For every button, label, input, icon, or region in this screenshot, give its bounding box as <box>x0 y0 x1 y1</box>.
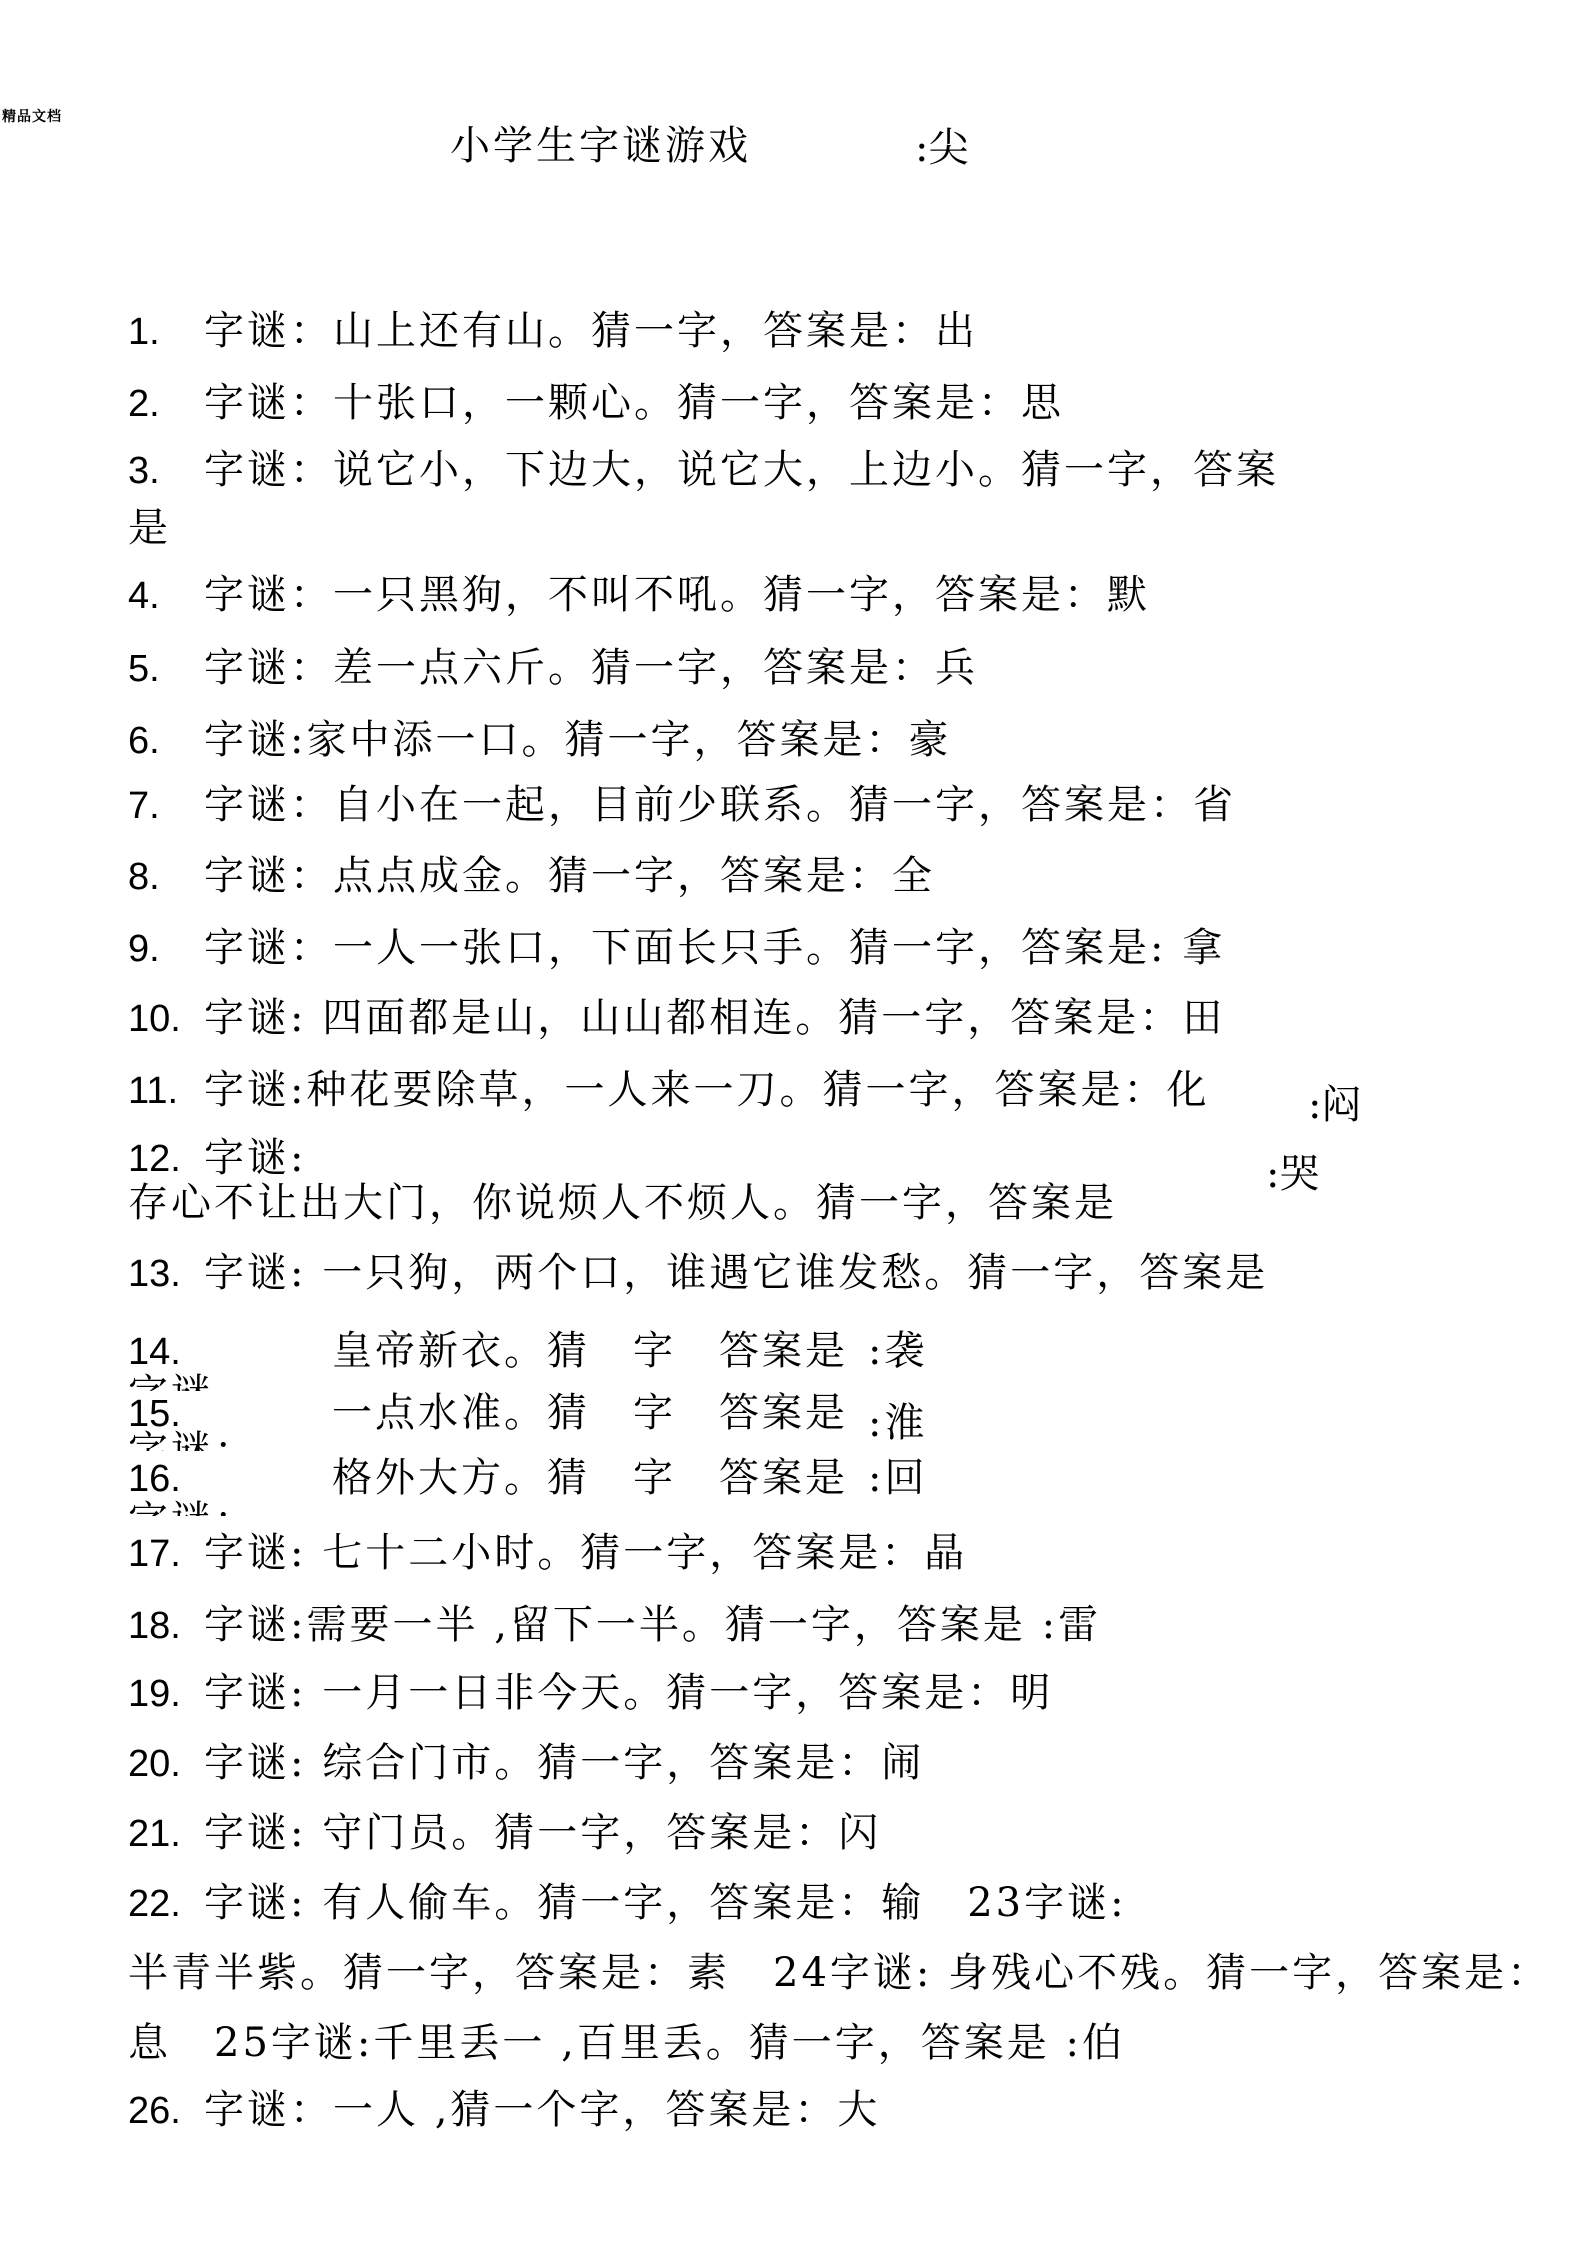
riddle-item-10: 10.字谜: 四面都是山，山山都相连。猜一字，答案是：田 <box>128 995 1225 1041</box>
riddle-item-18: 18.字谜:需要一半 ,留下一半。猜一字，答案是 :雷 <box>128 1602 1101 1648</box>
riddle-item-1: 1.字谜：山上还有山。猜一字，答案是：出 <box>128 308 978 354</box>
riddle-item-3: 3.字谜：说它小，下边大，说它大，上边小。猜一字，答案 <box>128 447 1279 493</box>
riddle-item-19: 19.字谜: 一月一日非今天。猜一字，答案是：明 <box>128 1670 1053 1716</box>
riddle-item-6: 6.字谜:家中添一口。猜一字，答案是：豪 <box>128 717 951 763</box>
riddle-item-20: 20.字谜: 综合门市。猜一字，答案是：闹 <box>128 1740 924 1786</box>
item-number: 8. <box>128 854 204 900</box>
item-text: 皇帝新衣。猜 字 答案是 <box>332 1328 848 1374</box>
item-answer: :袭 <box>868 1328 927 1374</box>
item-text: 字谜: 守门员。猜一字，答案是：闪 <box>204 1810 881 1856</box>
item-text: 字谜：说它小，下边大，说它大，上边小。猜一字，答案 <box>204 447 1279 493</box>
item-number: 4. <box>128 573 204 619</box>
item-text: 字谜：自小在一起，目前少联系。猜一字，答案是：省 <box>204 782 1236 828</box>
item-number: 5. <box>128 646 204 692</box>
riddle-item-4: 4.字谜：一只黑狗，不叫不吼。猜一字，答案是：默 <box>128 572 1150 618</box>
item-number: 11. <box>128 1068 204 1114</box>
riddle-item-8: 8.字谜：点点成金。猜一字，答案是：全 <box>128 853 935 899</box>
floating-answer-ku: :哭 <box>1266 1142 1319 1199</box>
clipped-line-15: 字谜： <box>128 1430 257 1451</box>
item-text: 字谜：山上还有山。猜一字，答案是：出 <box>204 308 978 354</box>
riddle-item-12: 12.字谜: <box>128 1135 306 1181</box>
item-text: 字谜: 一只狗，两个口，谁遇它谁发愁。猜一字，答案是 <box>204 1250 1268 1296</box>
item-text: 字谜: 七十二小时。猜一字，答案是：晶 <box>204 1530 967 1576</box>
item-number: 13. <box>128 1251 204 1297</box>
clipped-line-16: 字谜： <box>128 1500 257 1516</box>
riddle-item-26: 26.字谜：一人 ,猜一个字，答案是：大 <box>128 2087 880 2133</box>
riddle-item-13: 13.字谜: 一只狗，两个口，谁遇它谁发愁。猜一字，答案是 <box>128 1250 1268 1296</box>
item-number: 20. <box>128 1741 204 1787</box>
item-number: 17. <box>128 1531 204 1577</box>
riddle-item-9: 9.字谜：一人一张口，下面长只手。猜一字，答案是: 拿 <box>128 925 1225 971</box>
item-number: 6. <box>128 718 204 764</box>
riddle-item-11: 11.字谜:种花要除草，一人来一刀。猜一字，答案是：化 <box>128 1067 1209 1113</box>
item-text: 息 25字谜:千里丢一 ,百里丢。猜一字，答案是 :伯 <box>128 2020 1125 2066</box>
item-text: 字谜:种花要除草，一人来一刀。猜一字，答案是：化 <box>204 1067 1209 1113</box>
watermark-text: 精品文档 <box>2 106 62 126</box>
floating-answer-men: :闷 <box>1308 1073 1361 1130</box>
floating-answer-jian: :尖 <box>915 116 968 173</box>
item-number: 10. <box>128 996 204 1042</box>
riddle-item-17: 17.字谜: 七十二小时。猜一字，答案是：晶 <box>128 1530 967 1576</box>
item-text: 字谜: <box>204 1135 306 1181</box>
item-number: 1. <box>128 309 204 355</box>
item-text: 字谜: 四面都是山，山山都相连。猜一字，答案是：田 <box>204 995 1225 1041</box>
riddle-item-7: 7.字谜：自小在一起，目前少联系。猜一字，答案是：省 <box>128 782 1236 828</box>
item-text: 存心不让出大门，你说烦人不烦人。猜一字，答案是 <box>128 1180 1117 1226</box>
item-number: 9. <box>128 926 204 972</box>
riddle-item-21: 21.字谜: 守门员。猜一字，答案是：闪 <box>128 1810 881 1856</box>
riddle-item-5: 5.字谜：差一点六斤。猜一字，答案是：兵 <box>128 645 978 691</box>
riddle-item-25: 息 25字谜:千里丢一 ,百里丢。猜一字，答案是 :伯 <box>128 2020 1125 2066</box>
item-text: 字谜: 综合门市。猜一字，答案是：闹 <box>204 1740 924 1786</box>
riddle-item-16: 16.格外大方。猜 字 答案是:回 <box>128 1455 848 1501</box>
item-number: 2. <box>128 381 204 427</box>
item-number: 21. <box>128 1811 204 1857</box>
riddle-item-23-24: 半青半紫。猜一字，答案是：素 24字谜: 身残心不残。猜一字，答案是： <box>128 1950 1550 1996</box>
riddle-item-14: 14.皇帝新衣。猜 字 答案是:袭 <box>128 1328 848 1374</box>
item-number: 19. <box>128 1671 204 1717</box>
riddle-item-3-wrap: 是 <box>128 505 171 551</box>
item-text: 字谜：一人 ,猜一个字，答案是：大 <box>204 2087 880 2133</box>
page-title: 小学生字谜游戏 <box>450 114 751 171</box>
riddle-item-2: 2.字谜：十张口，一颗心。猜一字，答案是：思 <box>128 380 1064 426</box>
item-number: 3. <box>128 448 204 494</box>
item-number: 18. <box>128 1603 204 1649</box>
item-answer: :回 <box>868 1455 927 1501</box>
item-number: 26. <box>128 2088 204 2134</box>
item-text: 字谜：一人一张口，下面长只手。猜一字，答案是: 拿 <box>204 925 1225 971</box>
item-number: 14. <box>128 1329 204 1375</box>
document-page: 精品文档 小学生字谜游戏 :尖 :闷 :哭 1.字谜：山上还有山。猜一字，答案是… <box>0 0 1594 2256</box>
item-number: 7. <box>128 783 204 829</box>
riddle-item-12-wrap: 存心不让出大门，你说烦人不烦人。猜一字，答案是 <box>128 1180 1117 1226</box>
item-text: 字谜：十张口，一颗心。猜一字，答案是：思 <box>204 380 1064 426</box>
clipped-line-14: 字谜 <box>128 1373 214 1391</box>
item-number: 22. <box>128 1881 204 1927</box>
item-number: 16. <box>128 1456 204 1502</box>
item-text: 字谜: 有人偷车。猜一字，答案是：输 23字谜: <box>204 1880 1127 1926</box>
item-text: 字谜: 一月一日非今天。猜一字，答案是：明 <box>204 1670 1053 1716</box>
item-text: 字谜：一只黑狗，不叫不吼。猜一字，答案是：默 <box>204 572 1150 618</box>
item-text: 字谜：差一点六斤。猜一字，答案是：兵 <box>204 645 978 691</box>
item-text: 一点水准。猜 字 答案是 <box>332 1390 848 1436</box>
item-text: 字谜：点点成金。猜一字，答案是：全 <box>204 853 935 899</box>
riddle-item-22: 22.字谜: 有人偷车。猜一字，答案是：输 23字谜: <box>128 1880 1127 1926</box>
item-text: 字谜:需要一半 ,留下一半。猜一字，答案是 :雷 <box>204 1602 1101 1648</box>
item-answer: :淮 <box>868 1400 927 1446</box>
item-text: 半青半紫。猜一字，答案是：素 24字谜: 身残心不残。猜一字，答案是： <box>128 1950 1550 1996</box>
item-text: 是 <box>128 505 171 551</box>
item-number: 12. <box>128 1136 204 1182</box>
item-text: 格外大方。猜 字 答案是 <box>332 1455 848 1501</box>
item-text: 字谜:家中添一口。猜一字，答案是：豪 <box>204 717 951 763</box>
